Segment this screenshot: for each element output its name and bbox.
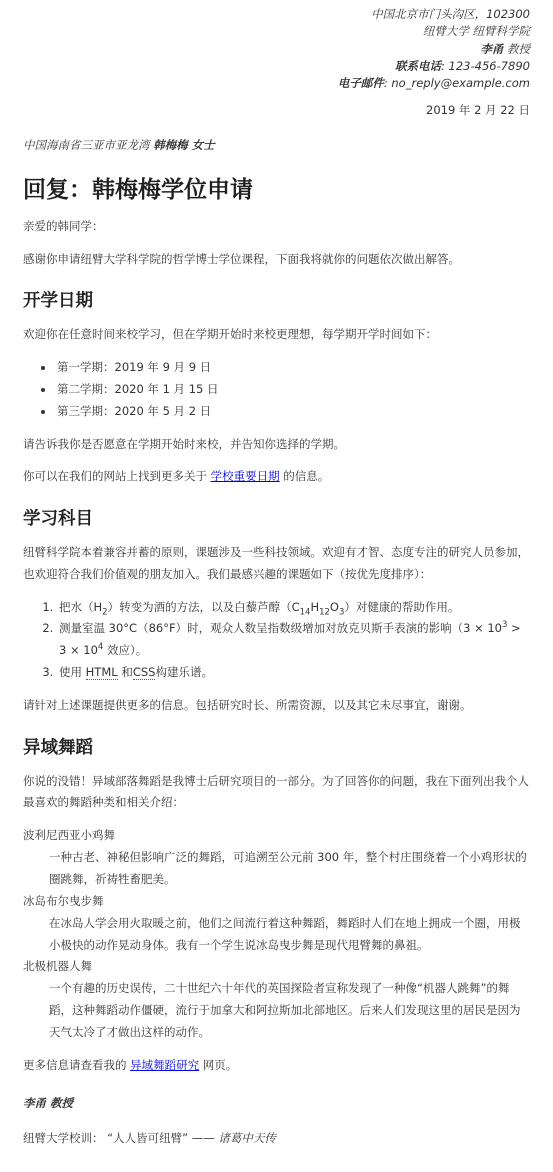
intro-paragraph: 感谢你申请纽臂大学科学院的哲学博士学位课程，下面我将就你的问题依次做出解答。 xyxy=(23,249,530,271)
more-suffix: 的信息。 xyxy=(280,469,330,483)
dance-term: 波利尼西亚小鸡舞 xyxy=(23,825,530,847)
school-dates-link[interactable]: 学校重要日期 xyxy=(211,469,280,483)
dance-description: 一个有趣的历史误传，二十世纪六十年代的英国探险者宣称发现了一种像“机器人跳舞”的… xyxy=(49,978,530,1044)
dance-more: 更多信息请查看我的 异域舞蹈研究 网页。 xyxy=(23,1055,530,1077)
dance-definition-list: 波利尼西亚小鸡舞 一种古老、神秘但影响广泛的舞蹈，可追溯至公元前 300 年，整… xyxy=(23,825,530,1043)
start-dates-intro: 欢迎你在任意时间来校学习，但在学期开始时来校更理想，每学期开学时间如下： xyxy=(23,324,530,346)
dance-term: 北极机器人舞 xyxy=(23,956,530,978)
letter-document: 中国北京市门头沟区，102300 纽臂大学 纽臂科学院 李甬 教授 联系电话: … xyxy=(0,0,553,1172)
sender-email-line: 电子邮件: no_reply@example.com xyxy=(23,75,530,92)
email-label: 电子邮件 xyxy=(338,76,384,90)
term-date-item: 第一学期：2019 年 9 月 9 日 xyxy=(55,357,530,379)
study-subjects-list: 把水（H2）转变为酒的方法，以及白藜芦醇（C14H12O3）对健康的帮助作用。 … xyxy=(23,597,530,684)
sender-title: 教授 xyxy=(503,42,530,56)
abbr-css: CSS xyxy=(133,665,156,680)
sender-org-line: 纽臂大学 纽臂科学院 xyxy=(23,23,530,40)
recipient-line: 中国海南省三亚市亚龙湾 韩梅梅 女士 xyxy=(23,135,530,157)
letter-title: 回复：韩梅梅学位申请 xyxy=(23,176,530,205)
study-subject-item-1: 把水（H2）转变为酒的方法，以及白藜芦醇（C14H12O3）对健康的帮助作用。 xyxy=(57,597,530,619)
start-dates-note: 请告诉我你是否愿意在学期开始时来校，并告知你选择的学期。 xyxy=(23,434,530,456)
section-heading-study-subjects: 学习科目 xyxy=(23,508,530,531)
university-motto: 纽臂大学校训： “人人皆可纽臂” —— 诸葛中天传 xyxy=(23,1128,530,1150)
subscript: 14 xyxy=(300,607,311,617)
more-prefix: 你可以在我们的网站上找到更多关于 xyxy=(23,469,211,483)
phone-value: : 123-456-7890 xyxy=(441,59,530,73)
more-suffix: 网页。 xyxy=(199,1058,237,1072)
study-subject-item-3: 使用 HTML 和CSS构建乐谱。 xyxy=(57,662,530,684)
greeting: 亲爱的韩同学： xyxy=(23,216,530,238)
recipient-address: 中国海南省三亚市亚龙湾 xyxy=(23,138,153,152)
sender-address-block: 中国北京市门头沟区，102300 纽臂大学 纽臂科学院 李甬 教授 联系电话: … xyxy=(23,6,530,92)
motto-text: 纽臂大学校训： “人人皆可纽臂” —— xyxy=(23,1131,218,1145)
email-value: : no_reply@example.com xyxy=(384,76,530,90)
letter-date: 2019 年 2 月 22 日 xyxy=(23,100,530,122)
dance-description: 在冰岛人学会用火取暖之前，他们之间流行着这种舞蹈，舞蹈时人们在地上拥成一个圈，用… xyxy=(49,913,530,957)
subscript: 12 xyxy=(319,607,330,617)
term-dates-list: 第一学期：2019 年 9 月 9 日 第二学期：2020 年 1 月 15 日… xyxy=(23,357,530,423)
sender-name: 李甬 xyxy=(480,42,503,56)
study-outro: 请针对上述课题提供更多的信息。包括研究时长、所需资源，以及其它未尽事宜，谢谢。 xyxy=(23,695,530,717)
sender-address-line: 中国北京市门头沟区，102300 xyxy=(23,6,530,23)
term-date-item: 第二学期：2020 年 1 月 15 日 xyxy=(55,379,530,401)
recipient-name: 韩梅梅 女士 xyxy=(153,138,215,152)
motto-source: 诸葛中天传 xyxy=(218,1131,276,1145)
term-date-item: 第三学期：2020 年 5 月 2 日 xyxy=(55,401,530,423)
abbr-html: HTML xyxy=(86,665,118,680)
section-heading-exotic-dances: 异域舞蹈 xyxy=(23,737,530,760)
start-dates-more: 你可以在我们的网站上找到更多关于 学校重要日期 的信息。 xyxy=(23,466,530,488)
study-intro: 纽臂科学院本着兼容并蓄的原则，课题涉及一些科技领域。欢迎有才智、态度专注的研究人… xyxy=(23,542,530,586)
signature: 李甬 教授 xyxy=(23,1093,530,1115)
dance-description: 一种古老、神秘但影响广泛的舞蹈，可追溯至公元前 300 年，整个村庄围绕着一个小… xyxy=(49,847,530,891)
sender-phone-line: 联系电话: 123-456-7890 xyxy=(23,58,530,75)
section-heading-start-dates: 开学日期 xyxy=(23,290,530,313)
dance-term: 冰岛布尔曳步舞 xyxy=(23,891,530,913)
dance-intro: 你说的没错！异域部落舞蹈是我博士后研究项目的一部分。为了回答你的问题，我在下面列… xyxy=(23,771,530,815)
phone-label: 联系电话 xyxy=(395,59,441,73)
study-subject-item-2: 测量室温 30°C（86°F）时，观众人数呈指数级增加对放克贝斯手表演的影响（3… xyxy=(57,618,530,662)
sender-name-line: 李甬 教授 xyxy=(23,41,530,58)
more-prefix: 更多信息请查看我的 xyxy=(23,1058,130,1072)
dance-research-link[interactable]: 异域舞蹈研究 xyxy=(130,1058,199,1072)
